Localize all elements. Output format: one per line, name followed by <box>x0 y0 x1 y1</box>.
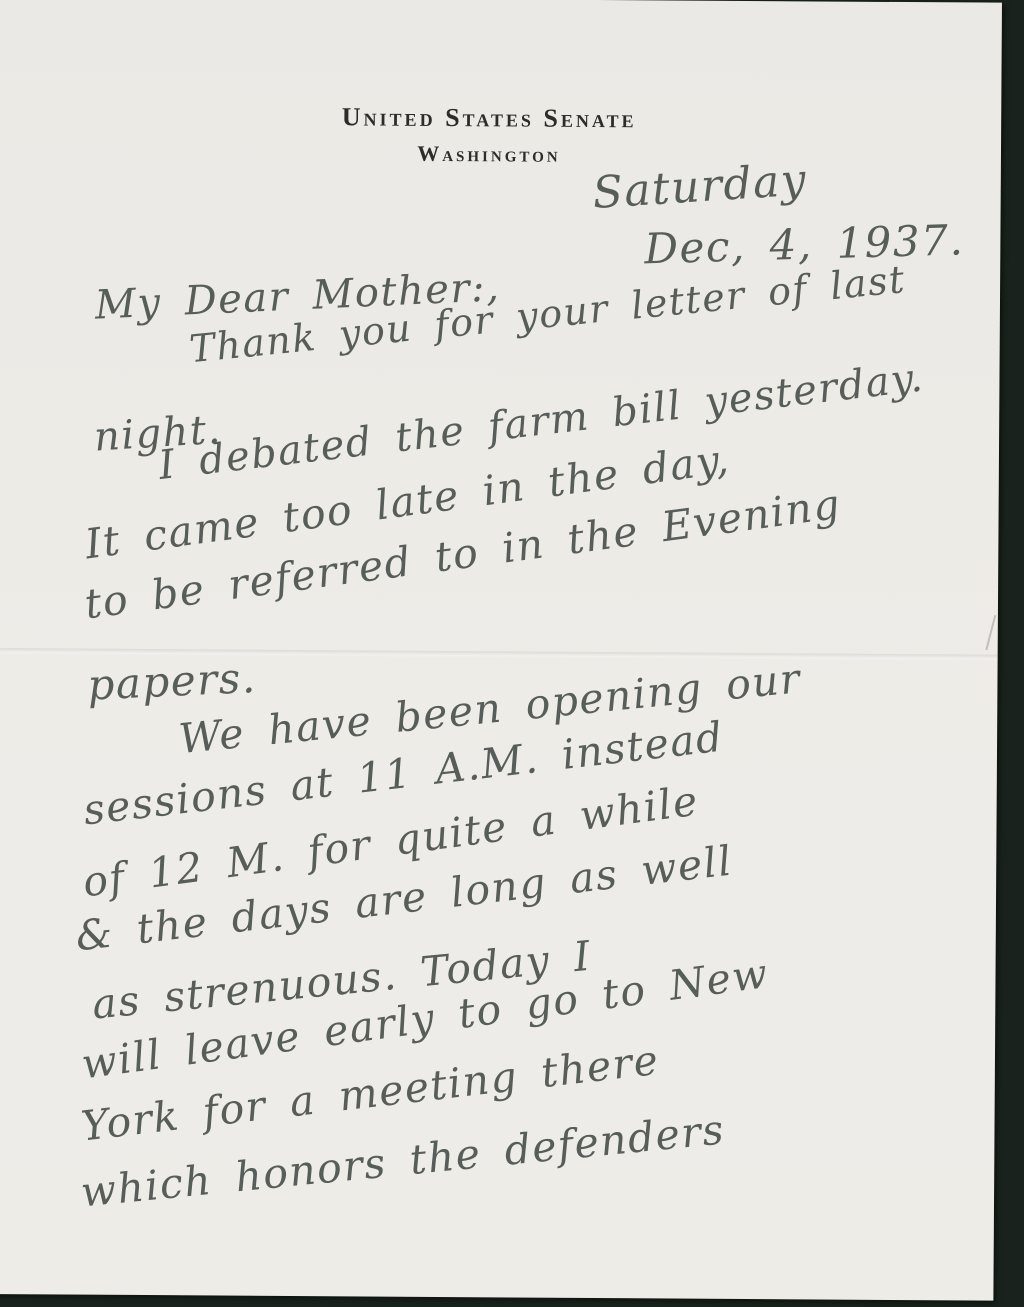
letterhead-line2: Washington <box>0 138 985 171</box>
letter-paper: United States Senate Washington Saturday… <box>0 0 1002 1301</box>
body-line: papers. <box>86 653 257 710</box>
paper-edge-crease-mark <box>985 615 996 650</box>
handwritten-date: Dec, 4, 1937. <box>644 215 965 273</box>
scanned-letter-background: United States Senate Washington Saturday… <box>0 0 1024 1307</box>
letterhead-line1: United States Senate <box>0 100 985 137</box>
